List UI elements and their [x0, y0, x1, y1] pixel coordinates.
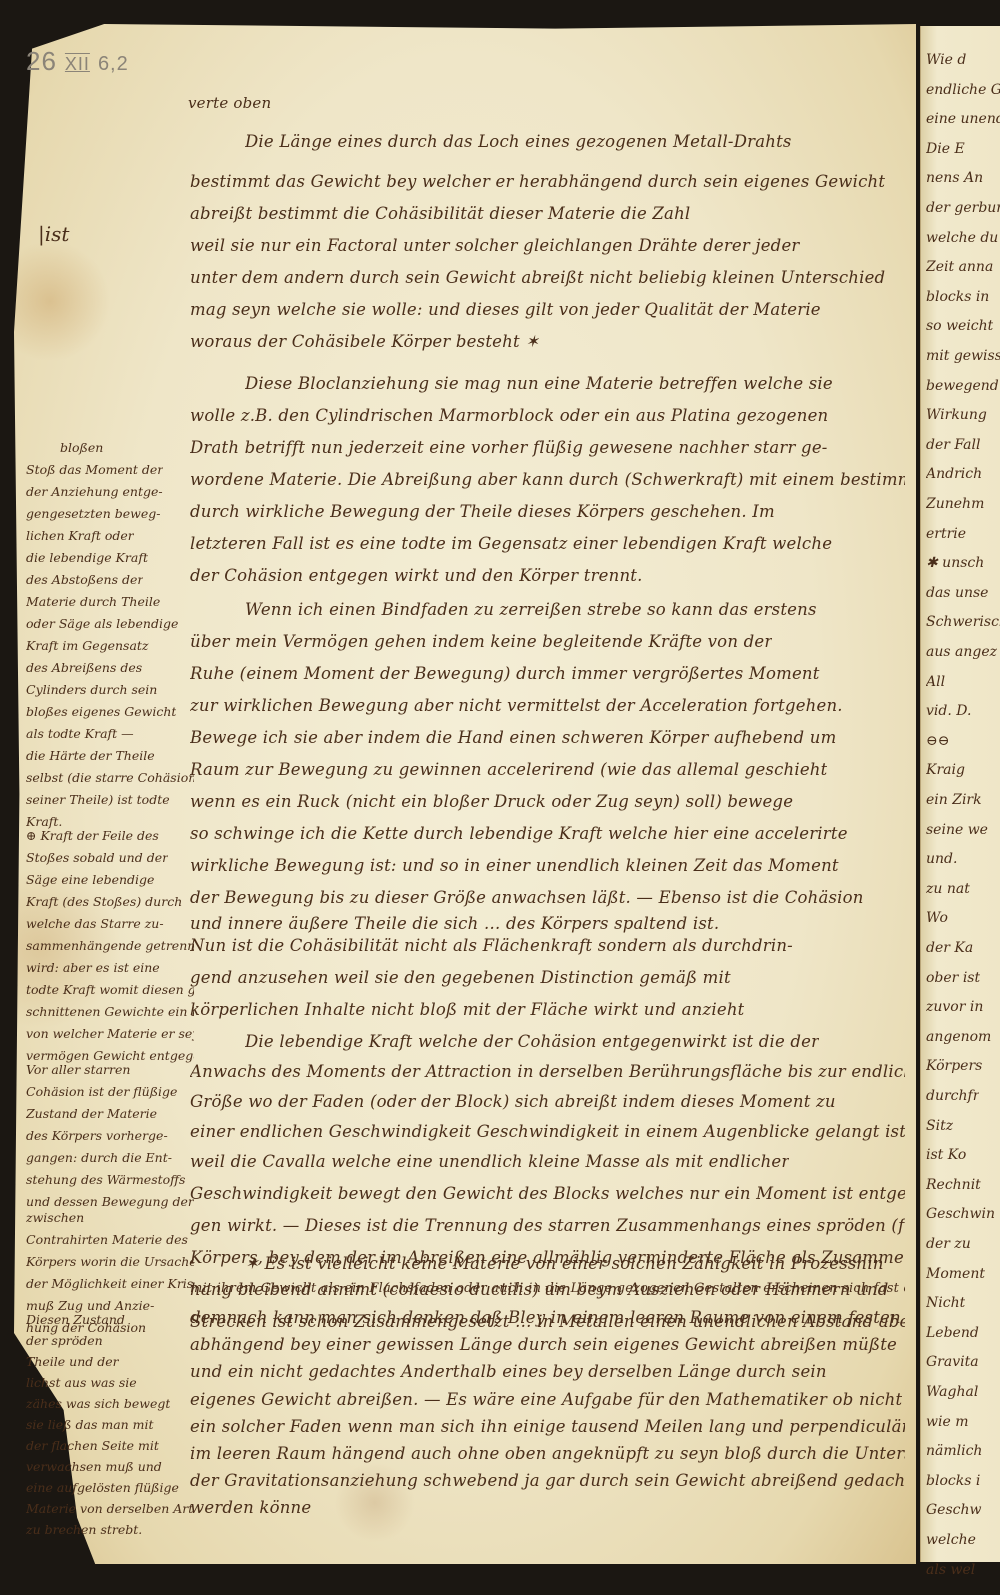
right-page-fragment: Kraig — [926, 762, 965, 778]
margin-note-line: oder Säge als lebendige — [26, 616, 178, 631]
manuscript-line: unter dem andern durch sein Gewicht abre… — [190, 268, 885, 287]
manuscript-line: weil die Cavalla welche eine unendlich k… — [190, 1152, 789, 1171]
margin-note-line: Zustand der Materie — [26, 1106, 157, 1121]
right-page-fragment: Rechnit — [926, 1177, 981, 1193]
margin-note-line: schnittenen Gewichte ein Faden — [26, 1004, 194, 1019]
manuscript-line: abhängend bey einer gewissen Länge durch… — [190, 1335, 897, 1354]
shelfmark-number: 26 — [26, 46, 57, 76]
manuscript-line: ein solcher Faden wenn man sich ihn eini… — [190, 1417, 905, 1436]
margin-note-line: Vor aller starren — [26, 1062, 130, 1077]
right-page-fragment: Zeit anna — [926, 259, 993, 275]
right-page-fragment: Gravita — [926, 1354, 979, 1370]
right-page-fragment: ⊖⊖ — [926, 733, 949, 749]
margin-note-line: die lebendige Kraft — [26, 550, 148, 565]
manuscript-line: der Cohäsion entgegen wirkt und den Körp… — [190, 566, 643, 585]
margin-note-line: Kraft im Gegensatz — [26, 638, 149, 653]
manuscript-line: weil sie nur ein Factoral unter solcher … — [190, 236, 800, 255]
margin-note-line: bloßes eigenes Gewicht — [26, 704, 176, 719]
manuscript-line: ✶ Es ist vielleicht keine Materie von ei… — [245, 1254, 884, 1273]
margin-note-line: Cohäsion ist der flüßige — [26, 1084, 177, 1099]
manuscript-line: zur wirklichen Bewegung aber nicht vermi… — [190, 696, 843, 715]
margin-note-line: des Körpers vorherge- — [26, 1128, 168, 1143]
manuscript-line: demnach kann man sich denken daß Bley in… — [190, 1308, 905, 1327]
right-page-fragment: mit gewiss — [926, 348, 1000, 364]
margin-note-line: wird: aber es ist eine — [26, 960, 160, 975]
right-page-fragment: eine unend — [926, 111, 1000, 127]
right-page-fragment: ober ist — [926, 970, 980, 986]
right-page-fragment: zuvor in — [926, 999, 983, 1015]
manuscript-line: Anwachs des Moments der Attraction in de… — [190, 1062, 905, 1081]
margin-note-line: des Abreißens des — [26, 660, 142, 675]
right-page-fragment: welche — [926, 1532, 976, 1548]
right-page-fragment: Körpers — [926, 1058, 982, 1074]
right-page-fragment: All — [926, 674, 945, 690]
margin-note-line: der spröden — [26, 1333, 103, 1348]
margin-note-line: der Anziehung entge- — [26, 484, 163, 499]
margin-note-line: seiner Theile) ist todte — [26, 792, 170, 807]
right-page-fragment: blocks in — [926, 289, 989, 305]
right-page-fragment: wie m — [926, 1414, 968, 1430]
manuscript-line: und ein nicht gedachtes Anderthalb eines… — [190, 1362, 827, 1381]
margin-note-line: vermögen Gewicht entgegen — [26, 1048, 194, 1063]
manuscript-line: Raum zur Bewegung zu gewinnen accelerire… — [190, 760, 827, 779]
manuscript-line: mag seyn welche sie wolle: und dieses gi… — [190, 300, 821, 319]
margin-note-line: des Abstoßens der — [26, 572, 143, 587]
margin-note-line: Stoß das Moment der — [26, 462, 163, 477]
margin-note-line: verwachsen muß und — [26, 1459, 162, 1474]
margin-note-line: stehung des Wärmestoffs — [26, 1172, 185, 1187]
manuscript-line: Bewege ich sie aber indem die Hand einen… — [190, 728, 836, 747]
manuscript-line: woraus der Cohäsibele Körper besteht ✶ — [190, 332, 539, 351]
margin-note-line: eine aufgelösten flüßige — [26, 1480, 179, 1495]
manuscript-line: durch wirkliche Bewegung der Theile dies… — [190, 502, 775, 521]
margin-note-line: Contrahirten Materie des — [26, 1232, 188, 1247]
manuscript-line: Größe wo der Faden (oder der Block) sich… — [190, 1092, 836, 1111]
margin-note-line: sammenhängende getrennt — [26, 938, 194, 953]
margin-note-line: Diesen Zustand — [26, 1312, 125, 1327]
manuscript-line: wordene Materie. Die Abreißung aber kann… — [190, 470, 905, 489]
margin-note-line: der flachen Seite mit — [26, 1438, 159, 1453]
right-page-fragment: Wirkung — [926, 407, 987, 423]
right-page-fragment: der Ka — [926, 940, 973, 956]
margin-note-line: gangen: durch die Ent- — [26, 1150, 172, 1165]
manuscript-line: werden könne — [190, 1498, 311, 1517]
manuscript-line: gend anzusehen weil sie den gegebenen Di… — [190, 968, 731, 987]
margin-note-line: ⊕ Kraft der Feile des — [26, 828, 159, 843]
right-page-fragment: ist Ko — [926, 1147, 966, 1163]
margin-note-line: selbst (die starre Cohäsion — [26, 770, 194, 785]
margin-note-line: und dessen Bewegung der — [26, 1194, 194, 1209]
right-page-fragment: so weicht — [926, 318, 993, 334]
right-page-fragment: endliche Ge — [926, 82, 1000, 98]
right-page-fragment: aus angez — [926, 644, 997, 660]
right-page-fragment: welche du — [926, 230, 998, 246]
right-page-fragment: durchfr — [926, 1088, 979, 1104]
right-page-fragment: das unse — [926, 585, 988, 601]
manuscript-line: Diese Bloclanziehung sie mag nun eine Ma… — [245, 374, 833, 393]
right-page-fragment: als wel — [926, 1562, 975, 1578]
margin-note-line: Kraft. — [26, 814, 62, 829]
right-page-fragment: Schwerisch — [926, 614, 1000, 630]
right-page-fragment: Geschw — [926, 1502, 982, 1518]
margin-note-line: Kraft (des Stoßes) durch — [26, 894, 182, 909]
right-page-fragment: Sitz — [926, 1118, 953, 1134]
margin-note-line: Materie durch Theile — [26, 594, 160, 609]
margin-note-line: zu brechen strebt. — [26, 1522, 142, 1537]
margin-note-line: sie ließ das man mit — [26, 1417, 154, 1432]
manuscript-line: einer endlichen Geschwindigkeit Geschwin… — [190, 1122, 905, 1141]
right-page-fragment: Moment — [926, 1266, 985, 1282]
manuscript-line: letzteren Fall ist es eine todte im Gege… — [190, 534, 832, 553]
manuscript-line: über mein Vermögen gehen indem keine beg… — [190, 632, 772, 651]
manuscript-line: im leeren Raum hängend auch ohne oben an… — [190, 1444, 905, 1463]
manuscript-line: der Bewegung bis zu dieser Größe anwachs… — [190, 888, 864, 907]
margin-note-line: zähes was sich bewegt — [26, 1396, 170, 1411]
margin-note-line: todte Kraft womit diesen ge- — [26, 982, 194, 997]
margin-note-line: Theile und der — [26, 1354, 119, 1369]
right-page-fragment: seine we — [926, 822, 988, 838]
right-page-fragment: bewegend — [926, 378, 999, 394]
manuscript-line: körperlichen Inhalte nicht bloß mit der … — [190, 1000, 744, 1019]
right-page-fragment: nens An — [926, 170, 983, 186]
right-page-fragment: nämlich — [926, 1443, 982, 1459]
right-page-fragment: Die E — [926, 141, 965, 157]
margin-note-line: muß Zug und Anzie- — [26, 1298, 154, 1313]
manuscript-line: Wenn ich einen Bindfaden zu zerreißen st… — [245, 600, 817, 619]
manuscript-line: Ruhe (einem Moment der Bewegung) durch i… — [190, 664, 820, 683]
manuscript-line: wenn es ein Ruck (nicht ein bloßer Druck… — [190, 792, 793, 811]
manuscript-line: der Gravitationsanziehung schwebend ja g… — [190, 1471, 905, 1490]
margin-note-line: Stoßes sobald und der — [26, 850, 168, 865]
heading-verte-oben: verte oben — [188, 94, 271, 112]
right-page-fragment: Lebend — [926, 1325, 979, 1341]
margin-note-line: der Möglichkeit einer Kristallisation — [26, 1276, 194, 1291]
right-page-fragment: der zu — [926, 1236, 971, 1252]
right-page-fragment: angenom — [926, 1029, 991, 1045]
right-page-fragment: der gerbun — [926, 200, 1000, 216]
margin-note-line: Körpers worin die Ursache — [26, 1254, 194, 1269]
margin-note-line: Cylinders durch sein — [26, 682, 157, 697]
manuscript-line: wolle z.B. den Cylindrischen Marmorblock… — [190, 406, 828, 425]
margin-note-line: von welcher Materie er seyn — [26, 1026, 194, 1041]
margin-note-line: gengesetzten beweg- — [26, 506, 160, 521]
right-page-fragment: Wo — [926, 910, 948, 926]
manuscript-line: und innere äußere Theile die sich … des … — [190, 914, 719, 933]
manuscript-line: mit ihrem Gewicht als ein Flachsfaden od… — [190, 1281, 905, 1296]
margin-note-line: als todte Kraft — — [26, 726, 134, 741]
manuscript-line: Geschwindigkeit bewegt den Gewicht des B… — [190, 1184, 905, 1203]
right-page-fragment: blocks i — [926, 1473, 980, 1489]
side-note-ist: |ist — [38, 222, 69, 246]
manuscript-line: eigenes Gewicht abreißen. — Es wäre eine… — [190, 1390, 902, 1409]
right-page-fragment: Waghal — [926, 1384, 978, 1400]
right-page-fragment: Geschwin — [926, 1206, 995, 1222]
right-page-fragment: Zunehm — [926, 496, 984, 512]
right-page-fragment: der Fall — [926, 437, 980, 453]
manuscript-line: Nun ist die Cohäsibilität nicht als Fläc… — [190, 936, 793, 955]
right-page-fragment: ✱ unsch — [926, 555, 984, 571]
archive-shelfmark: 26XII6,2 — [26, 46, 129, 77]
right-page-fragment: Wie d — [926, 52, 966, 68]
right-page-fragment: Andrich — [926, 466, 982, 482]
shelfmark-roman: XII — [65, 54, 90, 74]
manuscript-line: abreißt bestimmt die Cohäsibilität diese… — [190, 204, 690, 223]
manuscript-line: Die lebendige Kraft welche der Cohäsion … — [245, 1032, 819, 1051]
shelfmark-sub: 6,2 — [98, 53, 129, 75]
margin-note-line: zwischen — [26, 1210, 84, 1225]
manuscript-line: bestimmt das Gewicht bey welcher er hera… — [190, 172, 885, 191]
margin-note-line: welche das Starre zu- — [26, 916, 164, 931]
margin-note-line: lichen Kraft oder — [26, 528, 134, 543]
manuscript-line: wirkliche Bewegung ist: und so in einer … — [190, 856, 839, 875]
margin-note-line: die Härte der Theile — [26, 748, 155, 763]
manuscript-line: Die Länge eines durch das Loch eines gez… — [245, 132, 792, 151]
margin-note-line: Säge eine lebendige — [26, 872, 154, 887]
manuscript-line: Drath betrifft nun jederzeit eine vorher… — [190, 438, 828, 457]
right-page-fragment: ertrie — [926, 526, 966, 542]
right-page-fragment: ein Zirk — [926, 792, 982, 808]
margin-note-line: lichst aus was sie — [26, 1375, 137, 1390]
manuscript-line: gen wirkt. — Dieses ist die Trennung des… — [190, 1216, 905, 1235]
right-page-fragment: Nicht — [926, 1295, 965, 1311]
right-page-fragment: und. — [926, 851, 957, 867]
right-page-fragment: zu nat — [926, 881, 970, 897]
manuscript-line: so schwinge ich die Kette durch lebendig… — [190, 824, 848, 843]
right-page-fragment: vid. D. — [926, 703, 971, 719]
margin-note-line: Materie von derselben Art — [26, 1501, 193, 1516]
margin-note-line: bloßen — [60, 440, 103, 455]
